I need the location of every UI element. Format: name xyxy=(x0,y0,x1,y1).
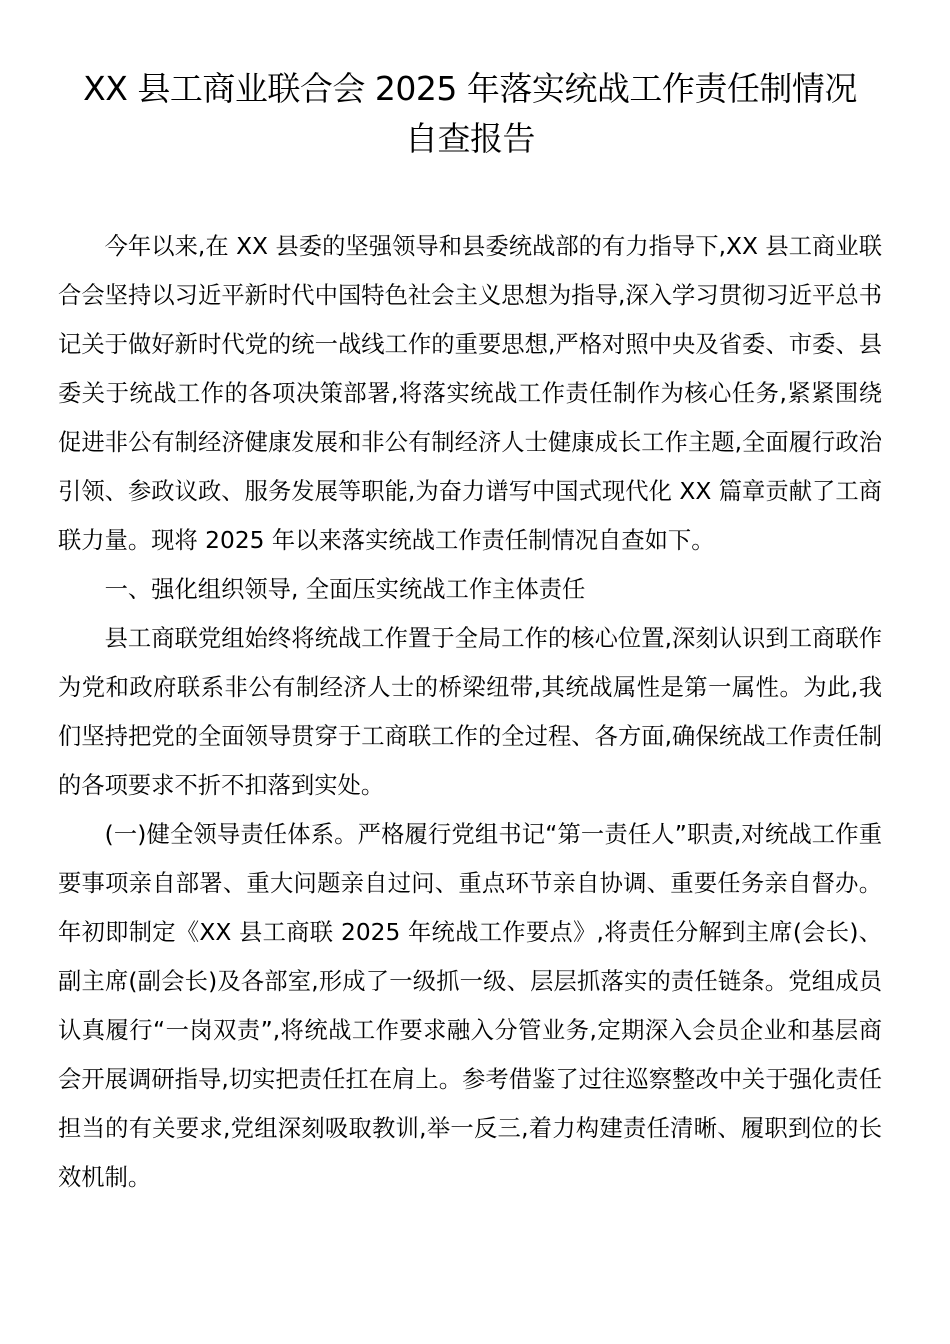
document-title: XX 县工商业联合会 2025 年落实统战工作责任制情况 自查报告 xyxy=(58,64,882,164)
document-page: XX 县工商业联合会 2025 年落实统战工作责任制情况 自查报告 今年以来,在… xyxy=(58,64,882,1202)
title-line-2: 自查报告 xyxy=(58,114,882,164)
section-1-paragraph: 县工商联党组始终将统战工作置于全局工作的核心位置,深刻认识到工商联作为党和政府联… xyxy=(58,614,882,810)
subsection-1-paragraph: (一)健全领导责任体系。严格履行党组书记“第一责任人”职责,对统战工作重要事项亲… xyxy=(58,810,882,1202)
document-body: 今年以来,在 XX 县委的坚强领导和县委统战部的有力指导下,XX 县工商业联合会… xyxy=(58,222,882,1202)
section-heading-1: 一、强化组织领导, 全面压实统战工作主体责任 xyxy=(58,565,882,614)
title-line-1: XX 县工商业联合会 2025 年落实统战工作责任制情况 xyxy=(58,64,882,114)
intro-paragraph: 今年以来,在 XX 县委的坚强领导和县委统战部的有力指导下,XX 县工商业联合会… xyxy=(58,222,882,565)
